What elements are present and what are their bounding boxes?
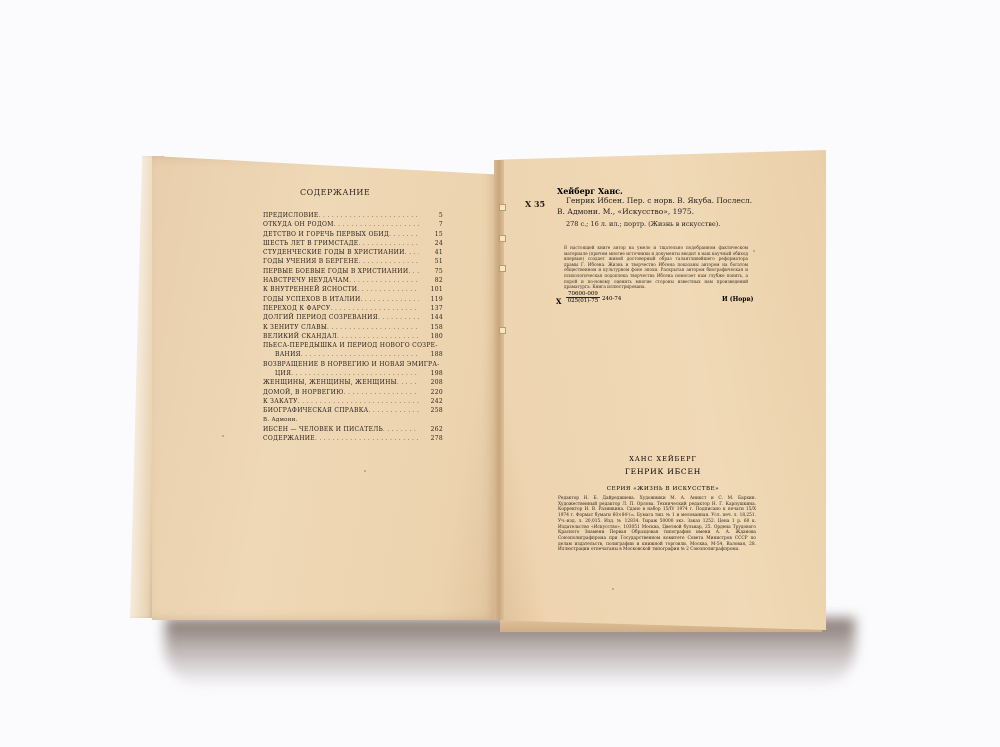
paper-speck xyxy=(753,250,755,252)
paper-speck xyxy=(364,470,366,472)
toc-entry: СОДЕРЖАНИЕ278 xyxy=(263,434,443,443)
binding-stitch xyxy=(499,265,506,272)
table-of-contents: ПРЕДИСЛОВИЕ5 ОТКУДА ОН РОДОМ7 ДЕТСТВО И … xyxy=(263,211,443,443)
paper-speck xyxy=(222,435,224,437)
toc-author: В. Адмони. xyxy=(263,416,443,425)
binding-stitch xyxy=(499,235,506,242)
binding-stitch xyxy=(499,327,506,334)
toc-entry: ПЬЕСА-ПЕРЕДЫШКА И ПЕРИОД НОВОГО СОЗРЕ- В… xyxy=(263,341,443,360)
toc-entry: ИБСЕН — ЧЕЛОВЕК И ПИСАТЕЛЬ262 xyxy=(263,425,443,434)
toc-entry: СТУДЕНЧЕСКИЕ ГОДЫ В ХРИСТИАНИИ41 xyxy=(263,248,443,257)
toc-entry: ЖЕНЩИНЫ, ЖЕНЩИНЫ, ЖЕНЩИНЫ208 xyxy=(263,378,443,387)
toc-entry: ГОДЫ УСПЕХОВ В ИТАЛИИ119 xyxy=(263,295,443,304)
toc-entry: К ЗАКАТУ242 xyxy=(263,397,443,406)
toc-title: СОДЕРЖАНИЕ xyxy=(300,188,370,197)
toc-entry: ВОЗВРАЩЕНИЕ В НОРВЕГИЮ И НОВАЯ ЭМИГРА- Ц… xyxy=(263,360,443,379)
toc-entry: ШЕСТЬ ЛЕТ В ГРИМСТАДЕ24 xyxy=(263,239,443,248)
book-gutter xyxy=(494,160,504,620)
paper-speck xyxy=(612,588,614,590)
binding-stitch xyxy=(499,204,506,211)
toc-entry: ОТКУДА ОН РОДОМ7 xyxy=(263,220,443,229)
toc-entry: ГОДЫ УЧЕНИЯ В БЕРГЕНЕ51 xyxy=(263,257,443,266)
colophon-heading: ХАНС ХЕЙБЕРГ ГЕНРИК ИБСЕН СЕРИЯ «ЖИЗНЬ В… xyxy=(506,0,820,747)
toc-entry: ПЕРВЫЕ БОЕВЫЕ ГОДЫ В ХРИСТИАНИИ75 xyxy=(263,267,443,276)
colophon-title: ГЕНРИК ИБСЕН xyxy=(506,467,820,476)
toc-entry: К ЗЕНИТУ СЛАВЫ158 xyxy=(263,323,443,332)
toc-entry: БИОГРАФИЧЕСКАЯ СПРАВКА258 xyxy=(263,406,443,415)
toc-entry: ПЕРЕХОД К ФАРСУ137 xyxy=(263,304,443,313)
toc-entry: ДОЛГИЙ ПЕРИОД СОЗРЕВАНИЯ144 xyxy=(263,313,443,322)
toc-entry: К ВНУТРЕННЕЙ ЯСНОСТИ101 xyxy=(263,285,443,294)
toc-entry: ДОМОЙ, В НОРВЕГИЮ220 xyxy=(263,388,443,397)
toc-entry: ВЕЛИКИЙ СКАНДАЛ180 xyxy=(263,332,443,341)
colophon-text: Редактор Н. Б. Дайреджиева. Художники М.… xyxy=(558,496,756,553)
colophon-author: ХАНС ХЕЙБЕРГ xyxy=(506,455,820,463)
toc-entry: ПРЕДИСЛОВИЕ5 xyxy=(263,211,443,220)
colophon-series: СЕРИЯ «ЖИЗНЬ В ИСКУССТВЕ» xyxy=(506,486,820,492)
toc-entry: ДЕТСТВО И ГОРЕЧЬ ПЕРВЫХ ОБИД15 xyxy=(263,230,443,239)
toc-entry: НАВСТРЕЧУ НЕУДАЧАМ82 xyxy=(263,276,443,285)
